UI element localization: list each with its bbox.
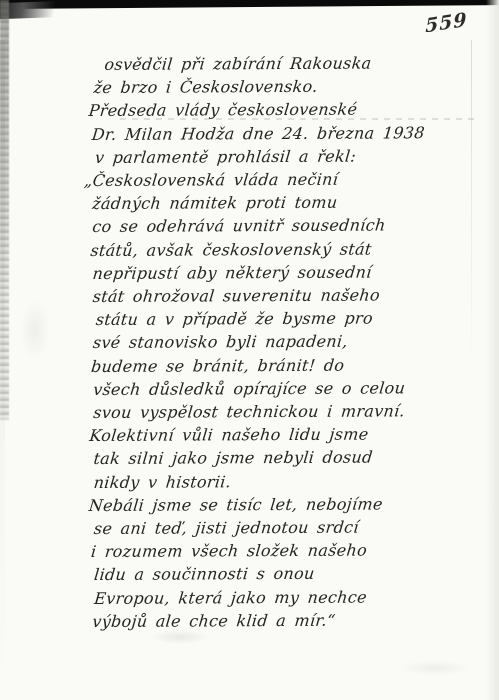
handwritten-line: že brzo i Československo. <box>93 74 473 99</box>
handwritten-line: států, avšak československý stát <box>89 237 473 262</box>
handwritten-line: státu a v případě že bysme pro <box>95 306 474 331</box>
handwritten-line: lidu a součinnosti s onou <box>93 561 475 586</box>
handwritten-line: v parlamentě prohlásil a řekl: <box>94 144 473 169</box>
scan-right-edge <box>486 0 499 700</box>
handwritten-line: i rozumem všech složek našeho <box>90 538 475 563</box>
handwritten-line: osvědčil při zabírání Rakouska <box>103 51 472 76</box>
handwritten-line: žádných námitek proti tomu <box>91 190 473 215</box>
handwritten-line: Nebáli jsme se tisíc let, nebojíme <box>88 492 475 517</box>
scan-smudge <box>20 300 50 360</box>
handwritten-line: tak silni jako jsme nebyli dosud <box>92 445 474 470</box>
scan-smudge <box>400 660 470 676</box>
handwritten-line: Dr. Milan Hodža dne 24. března 1938 <box>91 121 473 146</box>
handwritten-line: budeme se bránit, bránit! do <box>90 353 474 378</box>
scan-top-edge <box>0 0 499 9</box>
handwritten-line: „Československá vláda nečiní <box>83 167 473 192</box>
handwritten-line: Předseda vlády československé <box>88 97 473 122</box>
handwritten-line: svou vyspělost technickou i mravní. <box>92 399 474 424</box>
handwritten-line: Evropou, která jako my nechce <box>93 585 475 610</box>
page-number: 559 <box>425 9 468 38</box>
handwritten-line: nikdy v historii. <box>93 469 475 494</box>
handwritten-line: všech důsledků opírajíce se o celou <box>92 376 474 401</box>
handwritten-line: co se odehrává uvnitř sousedních <box>91 213 473 238</box>
handwritten-line: Kolektivní vůli našeho lidu jsme <box>88 422 474 447</box>
scan-top-left-shadow <box>0 1 68 19</box>
scanned-document-page: 559 osvědčil při zabírání Rakouska že br… <box>0 0 499 700</box>
handwritten-line: nepřipustí aby některý sousední <box>91 260 473 285</box>
handwriting-block: osvědčil při zabírání Rakouska že brzo i… <box>91 51 474 633</box>
handwritten-line: výbojů ale chce klid a mír.“ <box>91 608 475 633</box>
scan-left-edge-fade <box>0 40 5 700</box>
handwritten-line: své stanovisko byli napadeni, <box>92 329 474 354</box>
handwritten-line: stát ohrožoval suverenitu našeho <box>92 283 474 308</box>
handwritten-line: se ani teď, jisti jednotou srdcí <box>93 515 475 540</box>
